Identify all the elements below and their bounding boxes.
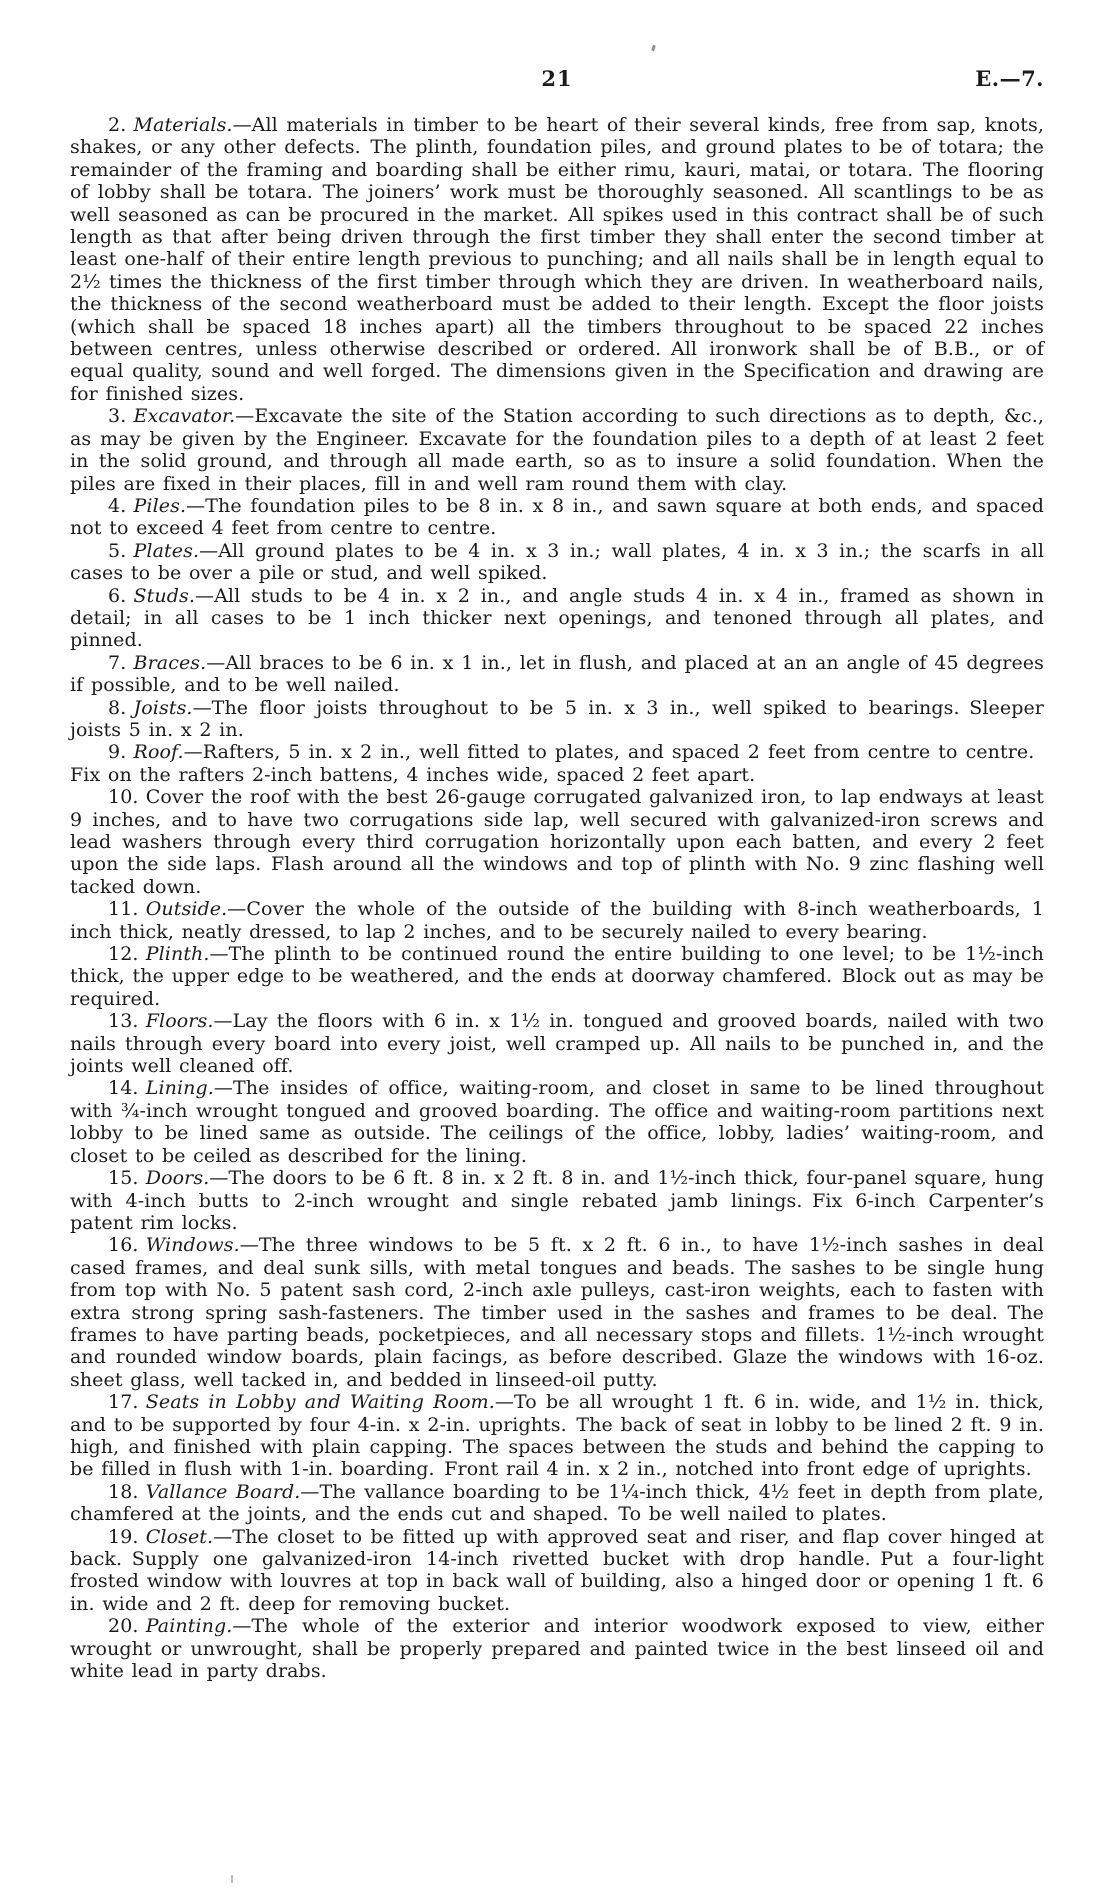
document-page: 21 E.—7. 2.Materials.—All materials in t… (0, 0, 1114, 1900)
clause-dash: — (195, 585, 214, 607)
clause-dash: — (210, 943, 229, 965)
clause-number: 15. (108, 1167, 139, 1189)
clause-number: 17. (108, 1391, 139, 1413)
spec-clause-14: 14.Lining.—The insides of office, waitin… (70, 1077, 1044, 1167)
clause-dash: — (240, 1234, 259, 1256)
clause-number: 20. (108, 1615, 139, 1637)
clause-number: 13. (108, 1010, 139, 1032)
clause-title: Lining. (146, 1077, 214, 1099)
clause-number: 4. (108, 495, 126, 517)
clause-dash: — (233, 114, 252, 136)
clause-title: Doors. (146, 1167, 210, 1189)
spec-clause-19: 19.Closet.—The closet to be fitted up wi… (70, 1526, 1044, 1616)
specification-text: 2.Materials.—All materials in timber to … (70, 114, 1044, 1682)
clause-number: 12. (108, 943, 139, 965)
spec-clause-12: 12.Plinth.—The plinth to be continued ro… (70, 943, 1044, 1010)
clause-title: Excavator. (134, 405, 236, 427)
clause-title: Closet. (146, 1526, 213, 1548)
clause-title: Piles. (134, 495, 187, 517)
clause-dash: — (186, 495, 205, 517)
clause-title: Braces. (134, 652, 207, 674)
clause-number: 16. (108, 1234, 139, 1256)
clause-title: Floors. (146, 1010, 214, 1032)
clause-body: The floor joists throughout to be 5 in. … (70, 697, 1044, 741)
clause-dash: — (495, 1391, 514, 1413)
clause-title: Materials. (134, 114, 233, 136)
clause-number: 6. (108, 585, 126, 607)
clause-body: The three windows to be 5 ft. x 2 ft. 6 … (70, 1234, 1044, 1390)
page-header: 21 E.—7. (70, 66, 1044, 96)
spec-clause-2: 2.Materials.—All materials in timber to … (70, 114, 1044, 405)
page-number: 21 (70, 66, 1044, 91)
clause-number: 9. (108, 741, 126, 763)
spec-clause-15: 15.Doors.—The doors to be 6 ft. 8 in. x … (70, 1167, 1044, 1234)
clause-body: The foundation piles to be 8 in. x 8 in.… (70, 495, 1044, 539)
clause-body: Cover the roof with the best 26-gauge co… (70, 786, 1044, 898)
clause-dash: — (235, 405, 254, 427)
clause-title: Painting. (146, 1615, 233, 1637)
clause-number: 11. (108, 898, 139, 920)
spec-clause-20: 20.Painting.—The whole of the exterior a… (70, 1615, 1044, 1682)
clause-body: All materials in timber to be heart of t… (70, 114, 1044, 405)
spec-clause-3: 3.Excavator.—Excavate the site of the St… (70, 405, 1044, 495)
clause-dash: — (232, 1615, 251, 1637)
spec-clause-18: 18.Vallance Board.—The vallance boarding… (70, 1481, 1044, 1526)
clause-title: Plates. (134, 540, 200, 562)
spec-clause-17: 17.Seats in Lobby and Waiting Room.—To b… (70, 1391, 1044, 1481)
clause-number: 3. (108, 405, 126, 427)
clause-number: 18. (108, 1481, 139, 1503)
spec-clause-4: 4.Piles.—The foundation piles to be 8 in… (70, 495, 1044, 540)
clause-title: Windows. (146, 1234, 240, 1256)
clause-dash: — (214, 1077, 233, 1099)
spec-clause-9: 9.Roof.—Rafters, 5 in. x 2 in., well fit… (70, 741, 1044, 786)
clause-number: 14. (108, 1077, 139, 1099)
clause-title: Joists. (134, 697, 193, 719)
clause-title: Outside. (146, 898, 228, 920)
clause-dash: — (199, 540, 218, 562)
spec-clause-10: 10.Cover the roof with the best 26-gauge… (70, 786, 1044, 898)
clause-dash: — (184, 741, 203, 763)
clause-title: Seats in Lobby and Waiting Room. (146, 1391, 495, 1413)
spec-clause-16: 16.Windows.—The three windows to be 5 ft… (70, 1234, 1044, 1391)
clause-title: Roof. (134, 741, 184, 763)
spec-clause-11: 11.Outside.—Cover the whole of the outsi… (70, 898, 1044, 943)
clause-title: Studs. (134, 585, 195, 607)
clause-dash: — (213, 1010, 232, 1032)
clause-body: All studs to be 4 in. x 2 in., and angle… (70, 585, 1044, 652)
clause-body: Rafters, 5 in. x 2 in., well fitted to p… (70, 741, 1044, 785)
clause-dash: — (206, 652, 225, 674)
clause-number: 10. (108, 786, 139, 808)
spec-clause-5: 5.Plates.—All ground plates to be 4 in. … (70, 540, 1044, 585)
clause-number: 2. (108, 114, 126, 136)
clause-number: 7. (108, 652, 126, 674)
spec-clause-6: 6.Studs.—All studs to be 4 in. x 2 in., … (70, 585, 1044, 652)
spec-clause-13: 13.Floors.—Lay the floors with 6 in. x 1… (70, 1010, 1044, 1077)
spec-clause-7: 7.Braces.—All braces to be 6 in. x 1 in.… (70, 652, 1044, 697)
clause-dash: — (300, 1481, 319, 1503)
scan-speck (231, 1875, 233, 1883)
spec-clause-8: 8.Joists.—The floor joists throughout to… (70, 697, 1044, 742)
clause-dash: — (209, 1167, 228, 1189)
clause-title: Vallance Board. (146, 1481, 301, 1503)
clause-number: 5. (108, 540, 126, 562)
clause-dash: — (227, 898, 246, 920)
clause-dash: — (213, 1526, 232, 1548)
clause-number: 8. (108, 697, 126, 719)
clause-number: 19. (108, 1526, 139, 1548)
clause-title: Plinth. (146, 943, 210, 965)
scan-speck (651, 45, 656, 52)
paper-number: E.—7. (975, 66, 1044, 91)
clause-dash: — (193, 697, 212, 719)
